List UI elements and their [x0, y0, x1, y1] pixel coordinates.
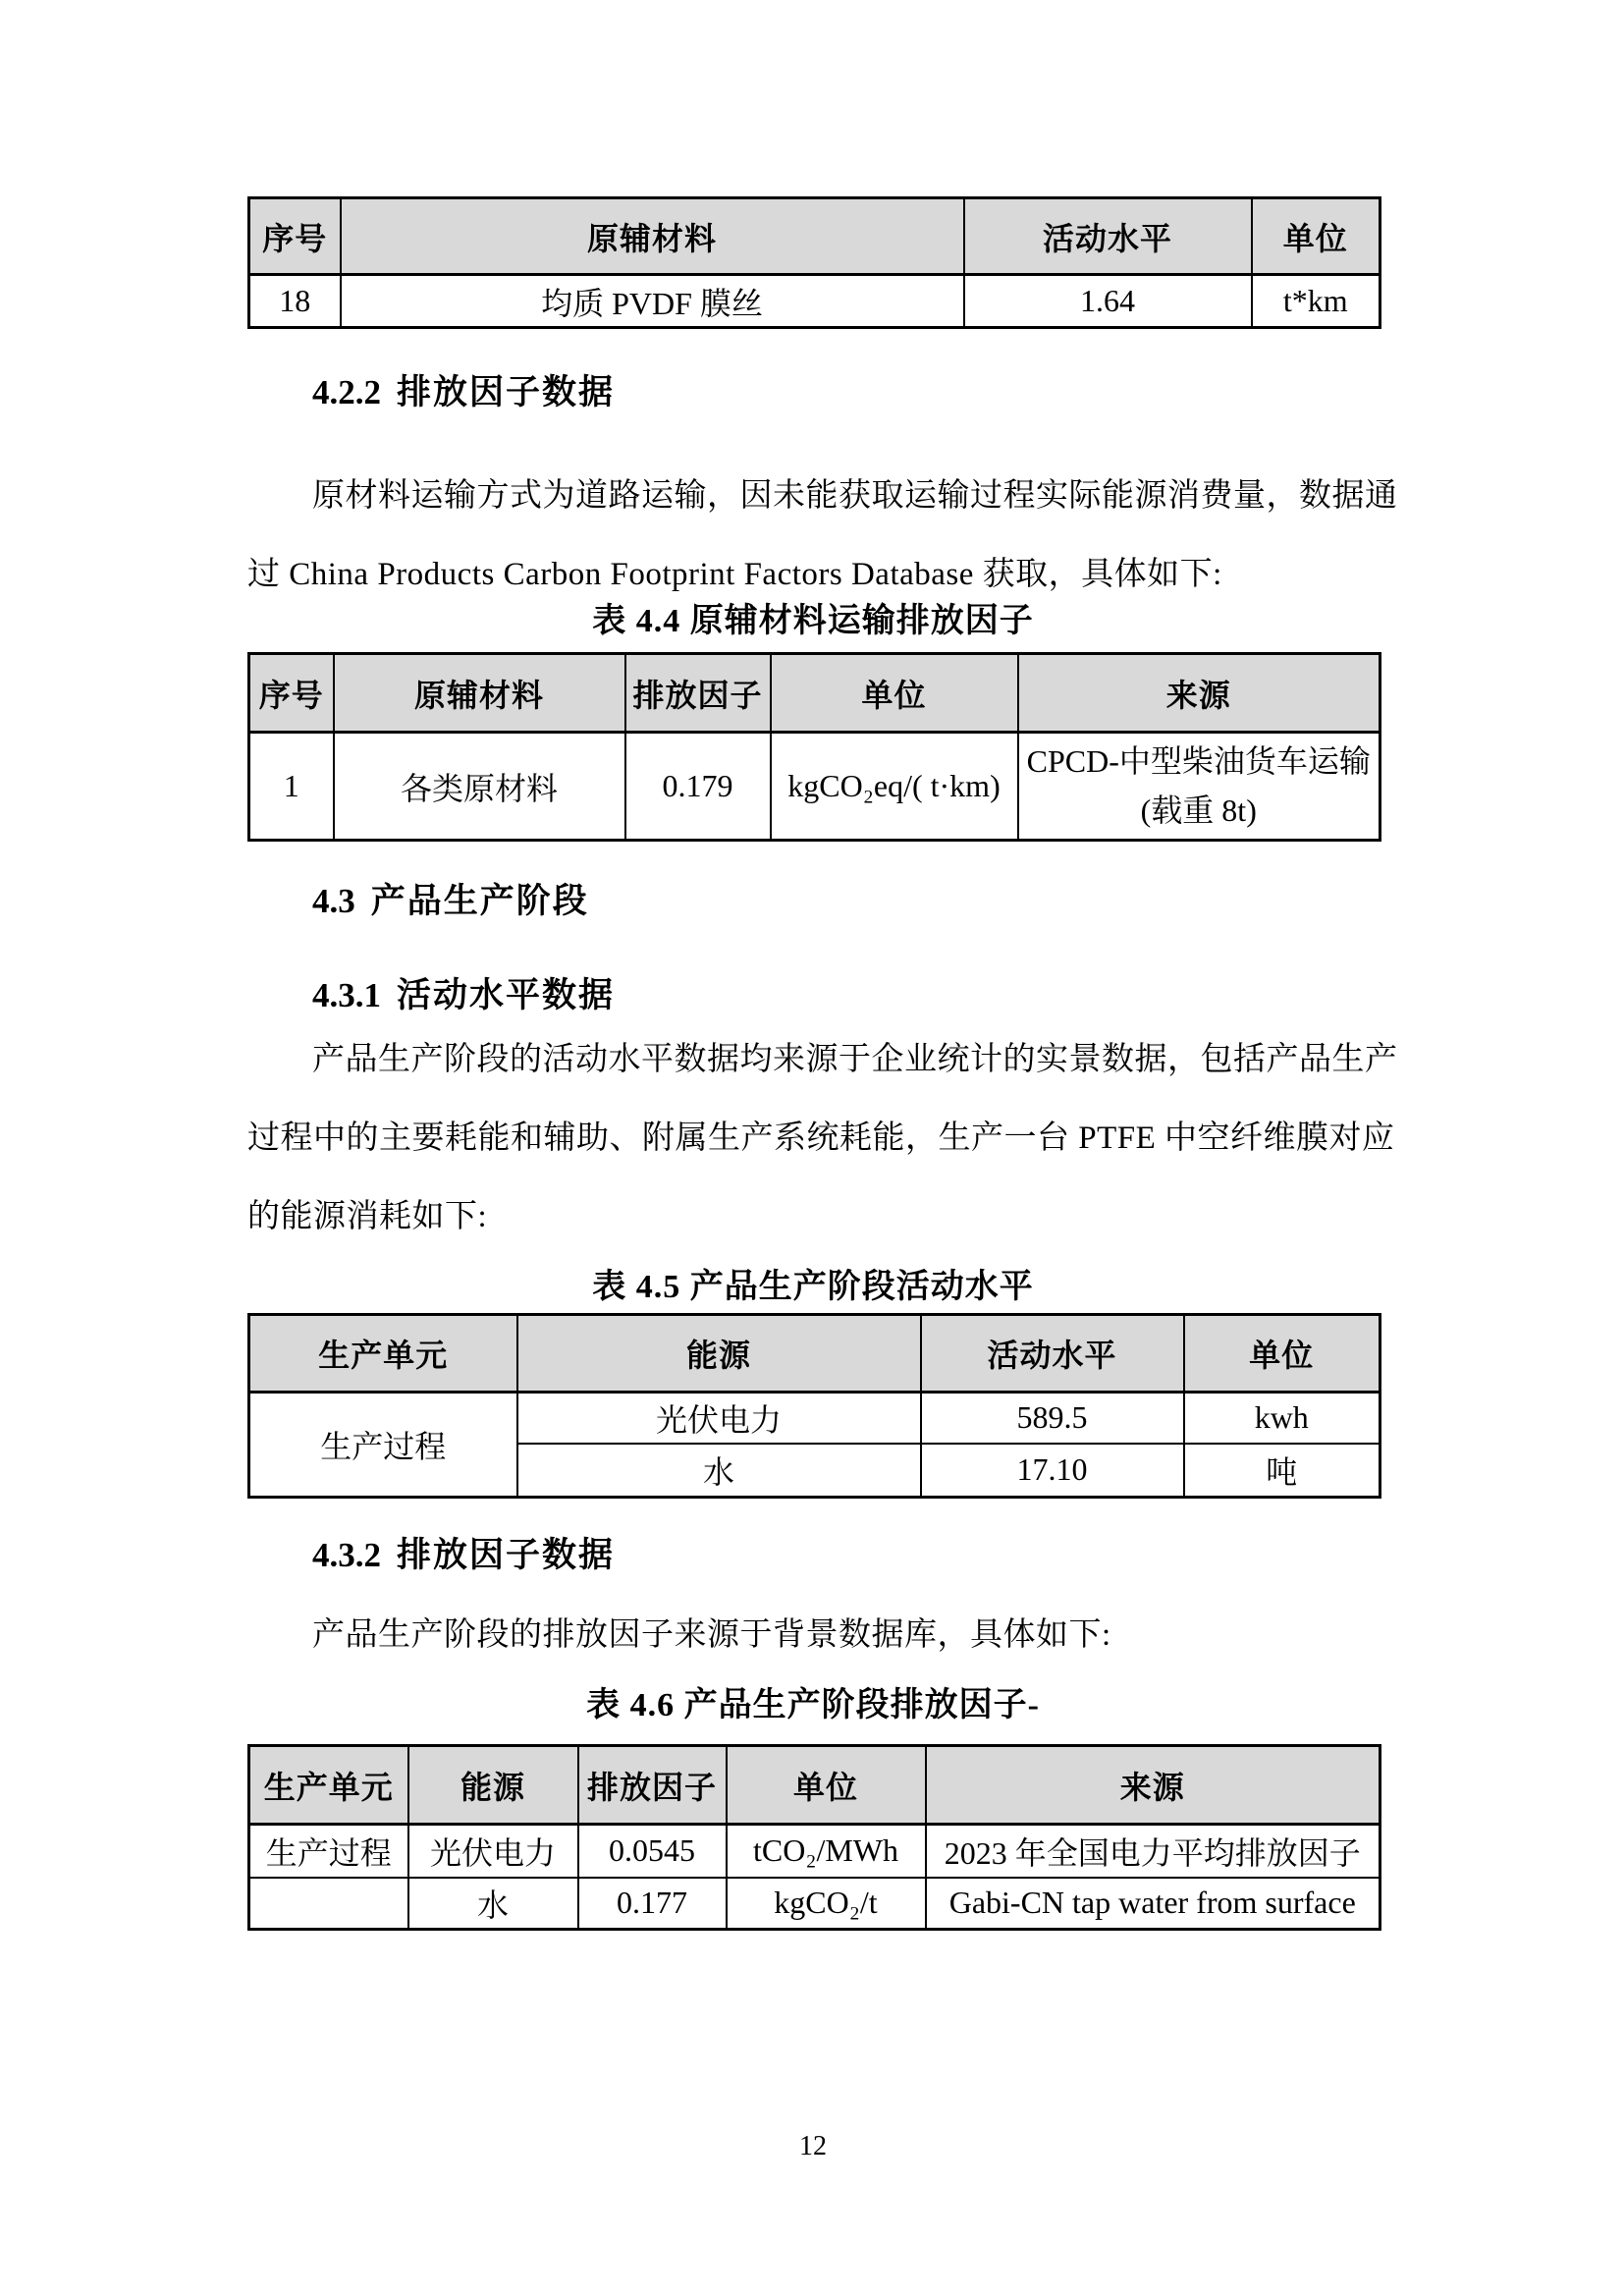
heading-text: 排放因子数据	[397, 373, 615, 411]
cell-unit: kgCO₂/t	[727, 1878, 926, 1930]
page-number: 12	[247, 2131, 1379, 2162]
cell-unit: 吨	[1184, 1444, 1380, 1498]
cell-energy: 水	[517, 1444, 921, 1498]
cell-unit: t*km	[1252, 275, 1380, 328]
document-page: { "doc": { "page_number": "12", "colors"…	[0, 0, 1624, 2296]
table-row: 18 均质 PVDF 膜丝 1.64 t*km	[249, 275, 1380, 328]
header-cell-energy: 能源	[408, 1746, 578, 1825]
cell-source: Gabi-CN tap water from surface	[926, 1878, 1380, 1930]
heading-text: 产品生产阶段	[371, 882, 589, 920]
cell-unit: tCO₂/MWh	[727, 1825, 926, 1878]
cell-unit: kgCO₂eq/( t·km)	[771, 733, 1018, 841]
cell-emission-factor: 0.179	[625, 733, 771, 841]
cell-seq: 1	[249, 733, 334, 841]
heading-number: 4.3.1	[312, 976, 381, 1014]
paragraph-line: 的能源消耗如下:	[247, 1190, 487, 1236]
cell-unit: kwh	[1184, 1393, 1380, 1444]
cell-material: 均质 PVDF 膜丝	[341, 275, 964, 328]
heading-text: 活动水平数据	[397, 976, 615, 1014]
cell-activity: 589.5	[921, 1393, 1184, 1444]
table-4-6-production-emission-factors: 生产单元 能源 排放因子 单位 来源 生产过程 光伏电力 0.0545 tCO₂…	[247, 1744, 1381, 1931]
table-4-5-production-activity: 生产单元 能源 活动水平 单位 生产过程 光伏电力 589.5 kwh 水 17…	[247, 1313, 1381, 1499]
heading-text: 排放因子数据	[397, 1536, 615, 1574]
cell-source: 2023 年全国电力平均排放因子	[926, 1825, 1380, 1878]
cell-activity: 17.10	[921, 1444, 1184, 1498]
cell-seq: 18	[249, 275, 341, 328]
table-row: 生产过程 光伏电力 0.0545 tCO₂/MWh 2023 年全国电力平均排放…	[249, 1825, 1380, 1878]
cell-energy: 水	[408, 1878, 578, 1930]
table-4-5-title: 表 4.5 产品生产阶段活动水平	[247, 1259, 1379, 1307]
heading-number: 4.2.2	[312, 373, 381, 411]
header-cell-unit: 单位	[1184, 1315, 1380, 1393]
header-cell-seq: 序号	[249, 198, 341, 275]
header-cell-emission-factor: 排放因子	[625, 654, 771, 733]
cell-production-unit: 生产过程	[249, 1825, 408, 1878]
header-cell-material: 原辅材料	[341, 198, 964, 275]
header-cell-source: 来源	[926, 1746, 1380, 1825]
cell-material: 各类原材料	[334, 733, 625, 841]
paragraph-line: 原材料运输方式为道路运输，因未能获取运输过程实际能源消费量，数据通	[312, 469, 1398, 516]
section-heading-4-2-2: 4.2.2排放因子数据	[312, 365, 615, 414]
cell-energy: 光伏电力	[517, 1393, 921, 1444]
cell-emission-factor: 0.177	[578, 1878, 727, 1930]
cell-production-unit: 生产过程	[249, 1393, 517, 1498]
header-cell-material: 原辅材料	[334, 654, 625, 733]
section-heading-4-3-1: 4.3.1活动水平数据	[312, 968, 615, 1017]
cell-source: CPCD-中型柴油货车运输(载重 8t)	[1018, 733, 1380, 841]
table-row: 水 0.177 kgCO₂/t Gabi-CN tap water from s…	[249, 1878, 1380, 1930]
table-4-4-transport-emission-factors: 序号 原辅材料 排放因子 单位 来源 1 各类原材料 0.179 kgCO₂eq…	[247, 652, 1381, 842]
heading-number: 4.3	[312, 882, 355, 920]
table-raw-materials-continuation: 序号 原辅材料 活动水平 单位 18 均质 PVDF 膜丝 1.64 t*km	[247, 196, 1381, 329]
header-cell-unit: 单位	[771, 654, 1018, 733]
heading-number: 4.3.2	[312, 1536, 381, 1574]
paragraph-line: 产品生产阶段的排放因子来源于背景数据库，具体如下:	[312, 1609, 1111, 1655]
cell-production-unit	[249, 1878, 408, 1930]
cell-energy: 光伏电力	[408, 1825, 578, 1878]
section-heading-4-3-2: 4.3.2排放因子数据	[312, 1528, 615, 1577]
header-cell-unit: 单位	[1252, 198, 1380, 275]
header-cell-seq: 序号	[249, 654, 334, 733]
header-cell-production-unit: 生产单元	[249, 1315, 517, 1393]
header-cell-emission-factor: 排放因子	[578, 1746, 727, 1825]
paragraph-line: 过 China Products Carbon Footprint Factor…	[247, 548, 1222, 594]
table-4-4-title: 表 4.4 原辅材料运输排放因子	[247, 593, 1379, 641]
paragraph-line: 产品生产阶段的活动水平数据均来源于企业统计的实景数据，包括产品生产	[312, 1033, 1398, 1079]
table-row: 生产过程 光伏电力 589.5 kwh	[249, 1393, 1380, 1444]
section-heading-4-3: 4.3产品生产阶段	[312, 874, 589, 923]
cell-activity: 1.64	[964, 275, 1252, 328]
cell-emission-factor: 0.0545	[578, 1825, 727, 1878]
header-cell-production-unit: 生产单元	[249, 1746, 408, 1825]
header-cell-source: 来源	[1018, 654, 1380, 733]
table-4-6-title: 表 4.6 产品生产阶段排放因子-	[247, 1677, 1379, 1725]
header-cell-activity: 活动水平	[964, 198, 1252, 275]
table-row: 1 各类原材料 0.179 kgCO₂eq/( t·km) CPCD-中型柴油货…	[249, 733, 1380, 841]
header-cell-energy: 能源	[517, 1315, 921, 1393]
header-cell-activity: 活动水平	[921, 1315, 1184, 1393]
paragraph-line: 过程中的主要耗能和辅助、附属生产系统耗能，生产一台 PTFE 中空纤维膜对应	[247, 1112, 1395, 1158]
header-cell-unit: 单位	[727, 1746, 926, 1825]
